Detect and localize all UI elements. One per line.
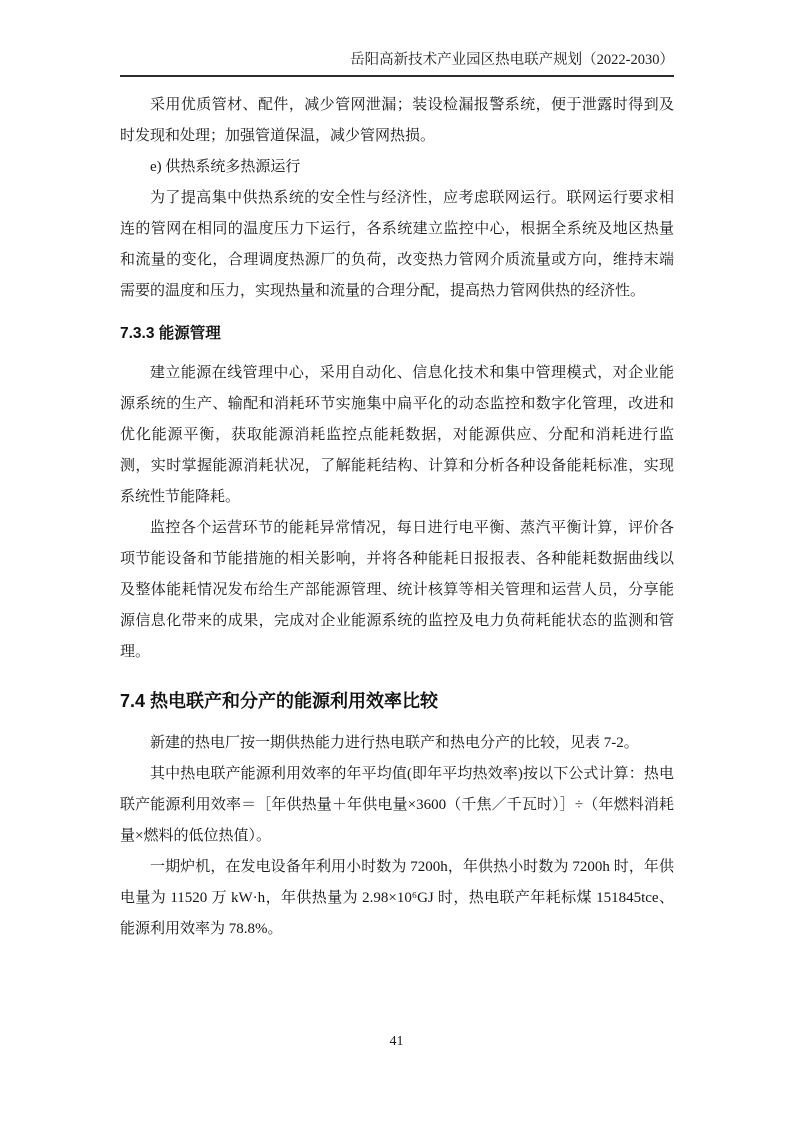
paragraph: 新建的热电厂按一期供热能力进行热电联产和热电分产的比较，见表 7-2。 — [120, 728, 674, 759]
document-body: 采用优质管材、配件，减少管网泄漏；装设检漏报警系统，便于泄露时得到及时发现和处理… — [120, 90, 674, 945]
list-item: e) 供热系统多热源运行 — [120, 152, 674, 183]
paragraph: 一期炉机，在发电设备年利用小时数为 7200h，年供热小时数为 7200h 时，… — [120, 852, 674, 945]
paragraph: 为了提高集中供热系统的安全性与经济性，应考虑联网运行。联网运行要求相连的管网在相… — [120, 183, 674, 307]
paragraph: 监控各个运营环节的能耗异常情况，每日进行电平衡、蒸汽平衡计算，评价各项节能设备和… — [120, 513, 674, 668]
document-page: 岳阳高新技术产业园区热电联产规划（2022-2030） 采用优质管材、配件，减少… — [0, 0, 793, 1122]
paragraph: 建立能源在线管理中心，采用自动化、信息化技术和集中管理模式，对企业能源系统的生产… — [120, 358, 674, 513]
paragraph: 采用优质管材、配件，减少管网泄漏；装设检漏报警系统，便于泄露时得到及时发现和处理… — [120, 90, 674, 152]
header-title: 岳阳高新技术产业园区热电联产规划（2022-2030） — [350, 52, 674, 68]
page-header: 岳阳高新技术产业园区热电联产规划（2022-2030） — [120, 50, 674, 77]
page-number: 41 — [390, 1034, 404, 1049]
page-footer: 41 — [0, 1034, 793, 1050]
subsection-heading: 7.3.3 能源管理 — [120, 323, 674, 345]
paragraph: 其中热电联产能源利用效率的年平均值(即年平均热效率)按以下公式计算：热电联产能源… — [120, 759, 674, 852]
section-heading: 7.4 热电联产和分产的能源利用效率比较 — [120, 688, 674, 714]
